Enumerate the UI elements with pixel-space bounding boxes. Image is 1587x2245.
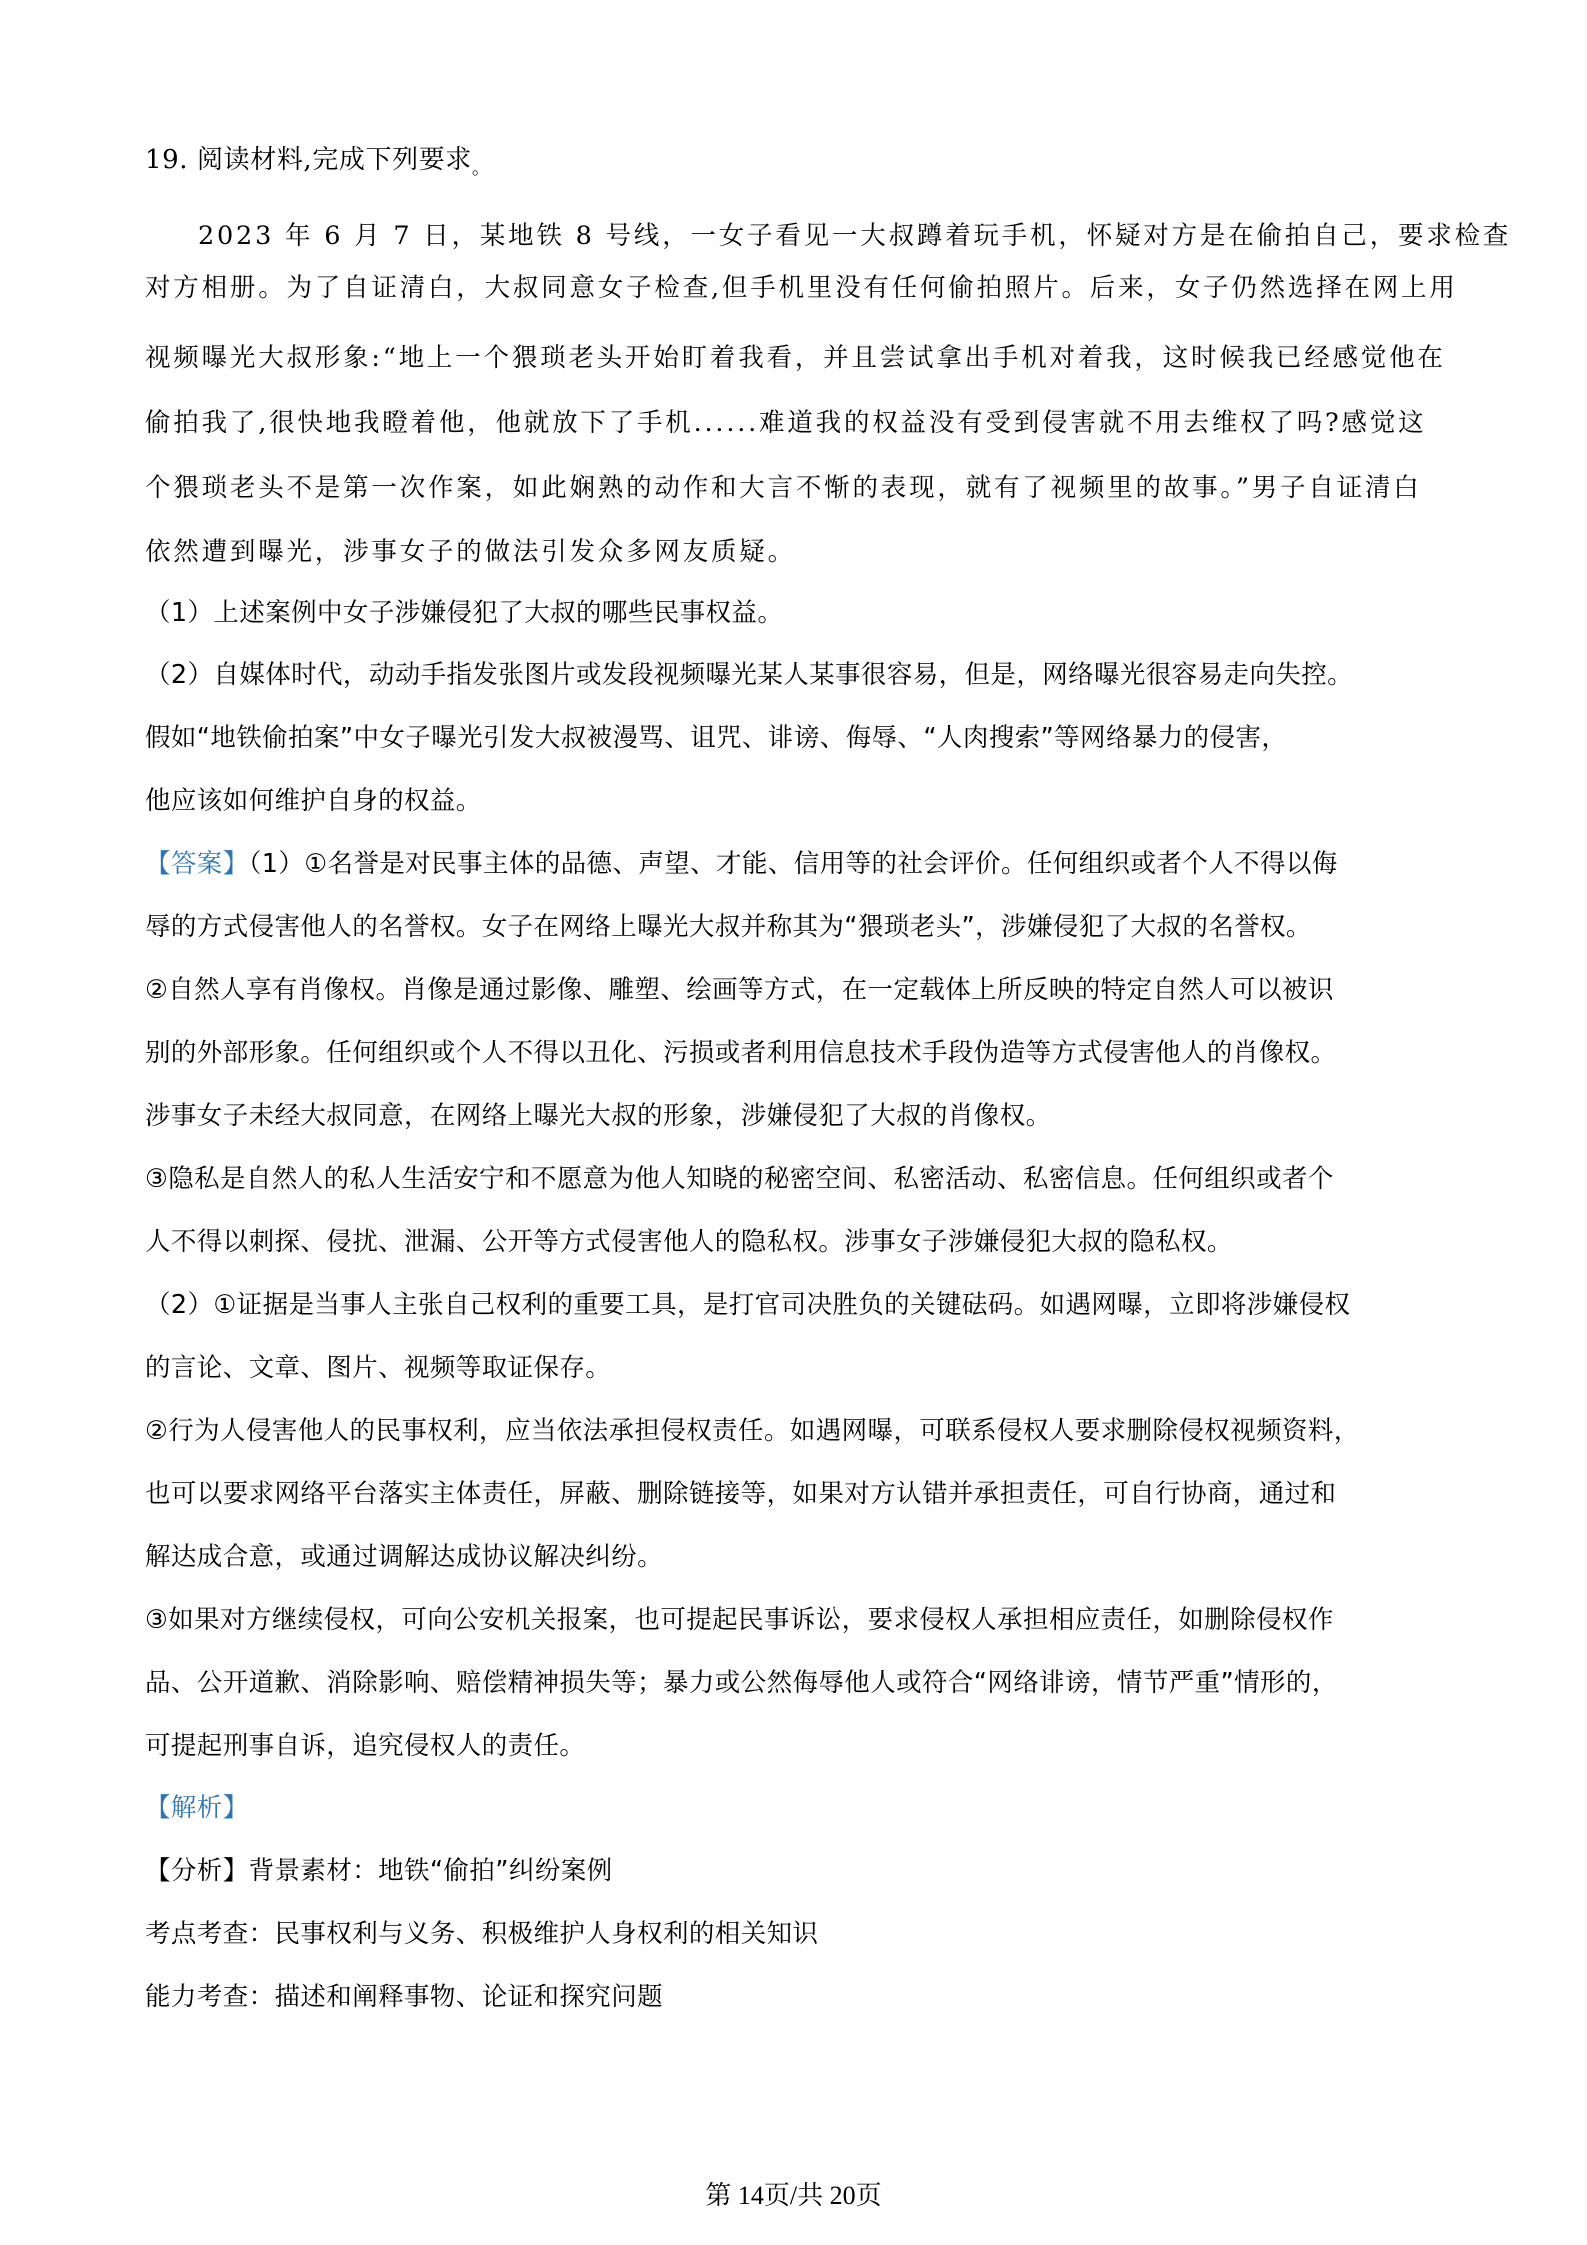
analysis-label: 【解析】 <box>145 1790 249 1826</box>
material-line: 视频曝光大叔形象:“地上一个猥琐老头开始盯着我看，并且尝试拿出手机对着我，这时候… <box>145 340 1446 376</box>
answer-line: （2）①证据是当事人主张自己权利的重要工具，是打官司决胜负的关键砝码。如遇网曝，… <box>145 1287 1350 1323</box>
answer-label: 【答案】 <box>145 849 249 879</box>
question-number: 19. <box>145 145 188 175</box>
answer-line: 人不得以刺探、侵扰、泄漏、公开等方式侵害他人的隐私权。涉事女子涉嫌侵犯大叔的隐私… <box>145 1224 1233 1260</box>
sub-question-2-line: 假如“地铁偷拍案”中女子曝光引发大叔被漫骂、诅咒、诽谤、侮辱、“人肉搜索”等网络… <box>145 720 1287 756</box>
material-line: 2023 年 6 月 7 日，某地铁 8 号线，一女子看见一大叔蹲着玩手机，怀疑… <box>198 218 1511 254</box>
document-page: 19. 阅读材料,完成下列要求。 2023 年 6 月 7 日，某地铁 8 号线… <box>0 0 1587 2245</box>
answer-line: ②自然人享有肖像权。肖像是通过影像、雕塑、绘画等方式，在一定载体上所反映的特定自… <box>145 972 1334 1008</box>
sub-question-2-line: 他应该如何维护自身的权益。 <box>145 783 482 819</box>
analysis-line: 考点考查：民事权利与义务、积极维护人身权利的相关知识 <box>145 1916 818 1952</box>
question-instruction: 阅读材料,完成下列要求 <box>197 145 472 175</box>
answer-line: 品、公开道歉、消除影响、赔偿精神损失等；暴力或公然侮辱他人或符合“网络诽谤，情节… <box>145 1665 1338 1701</box>
sub-question-1: （1）上述案例中女子涉嫌侵犯了大叔的哪些民事权益。 <box>145 595 783 631</box>
answer-line: 涉事女子未经大叔同意，在网络上曝光大叔的形象，涉嫌侵犯了大叔的肖像权。 <box>145 1098 1052 1134</box>
answer-line: 的言论、文章、图片、视频等取证保存。 <box>145 1350 611 1386</box>
answer-line: ③如果对方继续侵权，可向公安机关报案，也可提起民事诉讼，要求侵权人承担相应责任，… <box>145 1602 1334 1638</box>
question-heading: 19. 阅读材料,完成下列要求。 <box>145 142 491 187</box>
answer-line: 可提起刑事自诉，追究侵权人的责任。 <box>145 1728 585 1764</box>
sub-question-2-line: （2）自媒体时代，动动手指发张图片或发段视频曝光某人某事很容易，但是，网络曝光很… <box>145 657 1353 693</box>
answer-line: ③隐私是自然人的私人生活安宁和不愿意为他人知晓的秘密空间、私密活动、私密信息。任… <box>145 1161 1334 1197</box>
material-line: 依然遭到曝光，涉事女子的做法引发众多网友质疑。 <box>145 534 796 570</box>
material-line: 偷拍我了,很快地我瞪着他，他就放下了手机......难道我的权益没有受到侵害就不… <box>145 405 1426 441</box>
analysis-line: 【分析】背景素材：地铁“偷拍”纠纷案例 <box>145 1853 613 1889</box>
analysis-line: 能力考查：描述和阐释事物、论证和探究问题 <box>145 1979 663 2015</box>
answer-first-line: 【答案】（1）①名誉是对民事主体的品德、声望、才能、信用等的社会评价。任何组织或… <box>145 846 1338 882</box>
question-instruction-end: 。 <box>472 158 491 179</box>
answer-line: 解达成合意，或通过调解达成协议解决纠纷。 <box>145 1539 663 1575</box>
material-line: 个猥琐老头不是第一次作案，如此娴熟的动作和大言不惭的表现，就有了视频里的故事。”… <box>145 470 1422 506</box>
answer-line: 别的外部形象。任何组织或个人不得以丑化、污损或者利用信息技术手段伪造等方式侵害他… <box>145 1035 1336 1071</box>
answer-line: 辱的方式侵害他人的名誉权。女子在网络上曝光大叔并称其为“猥琐老头”，涉嫌侵犯了大… <box>145 909 1312 945</box>
page-indicator: 第 14页/共 20页 <box>0 2175 1587 2212</box>
material-line: 对方相册。为了自证清白，大叔同意女子检查,但手机里没有任何偷拍照片。后来，女子仍… <box>145 270 1458 306</box>
answer-line: ②行为人侵害他人的民事权利，应当依法承担侵权责任。如遇网曝，可联系侵权人要求删除… <box>145 1413 1360 1449</box>
answer-line: （1）①名誉是对民事主体的品德、声望、才能、信用等的社会评价。任何组织或者个人不… <box>249 849 1338 879</box>
answer-line: 也可以要求网络平台落实主体责任，屏蔽、删除链接等，如果对方认错并承担责任，可自行… <box>145 1476 1336 1512</box>
